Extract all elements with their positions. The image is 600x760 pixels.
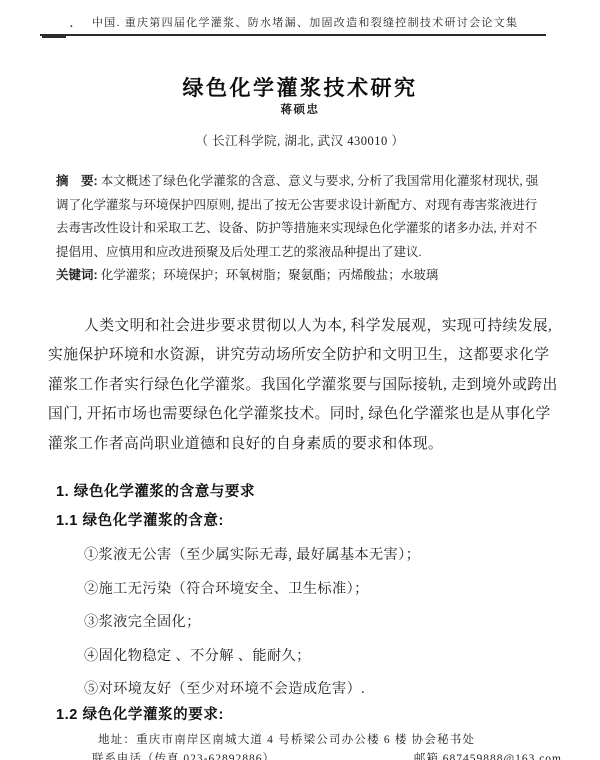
section-heading-1: 1. 绿色化学灌浆的含意与要求	[56, 480, 255, 501]
paragraph-line: 人类文明和社会进步要求贯彻以人为本, 科学发展观，实现可持续发展,	[48, 312, 556, 341]
list-item: ⑤对环境友好（至少对环境不会造成危害）.	[84, 673, 420, 707]
section-heading-1-1: 1.1 绿色化学灌浆的含意:	[56, 509, 224, 530]
abstract-text: 本文概述了绿色化学灌浆的含意、意义与要求, 分析了我国常用化灌浆材现状, 强	[101, 174, 539, 188]
author-affiliation: （ 长江科学院, 湖北, 武汉 430010 ）	[0, 131, 600, 149]
abstract-line: 调了化学灌浆与环境保护四原则, 提出了按无公害要求设计新配方、对现有毒害浆液进行	[56, 194, 550, 218]
list-item: ③浆液完全固化；	[84, 606, 420, 640]
header-mark: .	[70, 18, 92, 30]
list-item: ②施工无污染（符合环境安全、卫生标准）；	[84, 573, 420, 607]
keywords-label: 关键词:	[56, 268, 98, 282]
footer-contact: 联系电话（传真 023-62892886） 邮箱 687459888@163.c…	[92, 750, 562, 760]
list-item: ①浆液无公害（至少属实际无毒, 最好属基本无害）；	[84, 539, 420, 573]
footer-email: 邮箱 687459888@163.com	[414, 750, 562, 760]
definition-list: ①浆液无公害（至少属实际无毒, 最好属基本无害）； ②施工无污染（符合环境安全、…	[84, 539, 420, 707]
paragraph-line: 实施保护环境和水资源，讲究劳动场所安全防护和文明卫生，这都要求化学	[48, 341, 556, 370]
paragraph-line: 灌浆工作者实行绿色化学灌浆。我国化学灌浆要与国际接轨, 走到境外或跨出	[48, 371, 556, 400]
abstract-line: 去毒害改性设计和采取工艺、设备、防护等措施来实现绿色化学灌浆的诸多办法, 并对不	[56, 217, 550, 241]
paragraph-line: 国门, 开拓市场也需要绿色化学灌浆技术。同时, 绿色化学灌浆也是从事化学	[48, 400, 556, 429]
header-rule-dash	[42, 36, 66, 38]
section-heading-1-2: 1.2 绿色化学灌浆的要求:	[56, 703, 224, 724]
paper-page: . 中国. 重庆第四届化学灌浆、防水堵漏、加固改造和裂缝控制技术研讨会论文集 绿…	[0, 0, 600, 760]
keywords-line: 关键词: 化学灌浆；环境保护；环氧树脂；聚氨酯；丙烯酸盐；水玻璃	[56, 264, 550, 288]
footer-phone: 联系电话（传真 023-62892886）	[92, 750, 275, 760]
abstract-block: 摘 要: 本文概述了绿色化学灌浆的含意、意义与要求, 分析了我国常用化灌浆材现状…	[56, 170, 550, 288]
list-item: ④固化物稳定 、不分解 、能耐久；	[84, 640, 420, 674]
abstract-line: 摘 要: 本文概述了绿色化学灌浆的含意、意义与要求, 分析了我国常用化灌浆材现状…	[56, 170, 550, 194]
running-head-text: 中国. 重庆第四届化学灌浆、防水堵漏、加固改造和裂缝控制技术研讨会论文集	[92, 14, 518, 30]
author-name: 蒋硕忠	[0, 101, 600, 117]
abstract-line: 提倡用、应慎用和应改进预聚及后处理工艺的浆液品种提出了建议.	[56, 241, 550, 265]
footer-address: 地址：重庆市南岸区南城大道 4 号桥梁公司办公楼 6 楼 协会秘书处	[98, 731, 475, 747]
intro-paragraph: 人类文明和社会进步要求贯彻以人为本, 科学发展观，实现可持续发展, 实施保护环境…	[48, 312, 556, 459]
paragraph-line: 灌浆工作者高尚职业道德和良好的自身素质的要求和体现。	[48, 430, 556, 459]
running-head: . 中国. 重庆第四届化学灌浆、防水堵漏、加固改造和裂缝控制技术研讨会论文集	[40, 14, 546, 36]
keywords-text: 化学灌浆；环境保护；环氧树脂；聚氨酯；丙烯酸盐；水玻璃	[101, 268, 439, 282]
abstract-label: 摘 要:	[56, 174, 98, 188]
paper-title: 绿色化学灌浆技术研究	[0, 72, 600, 102]
